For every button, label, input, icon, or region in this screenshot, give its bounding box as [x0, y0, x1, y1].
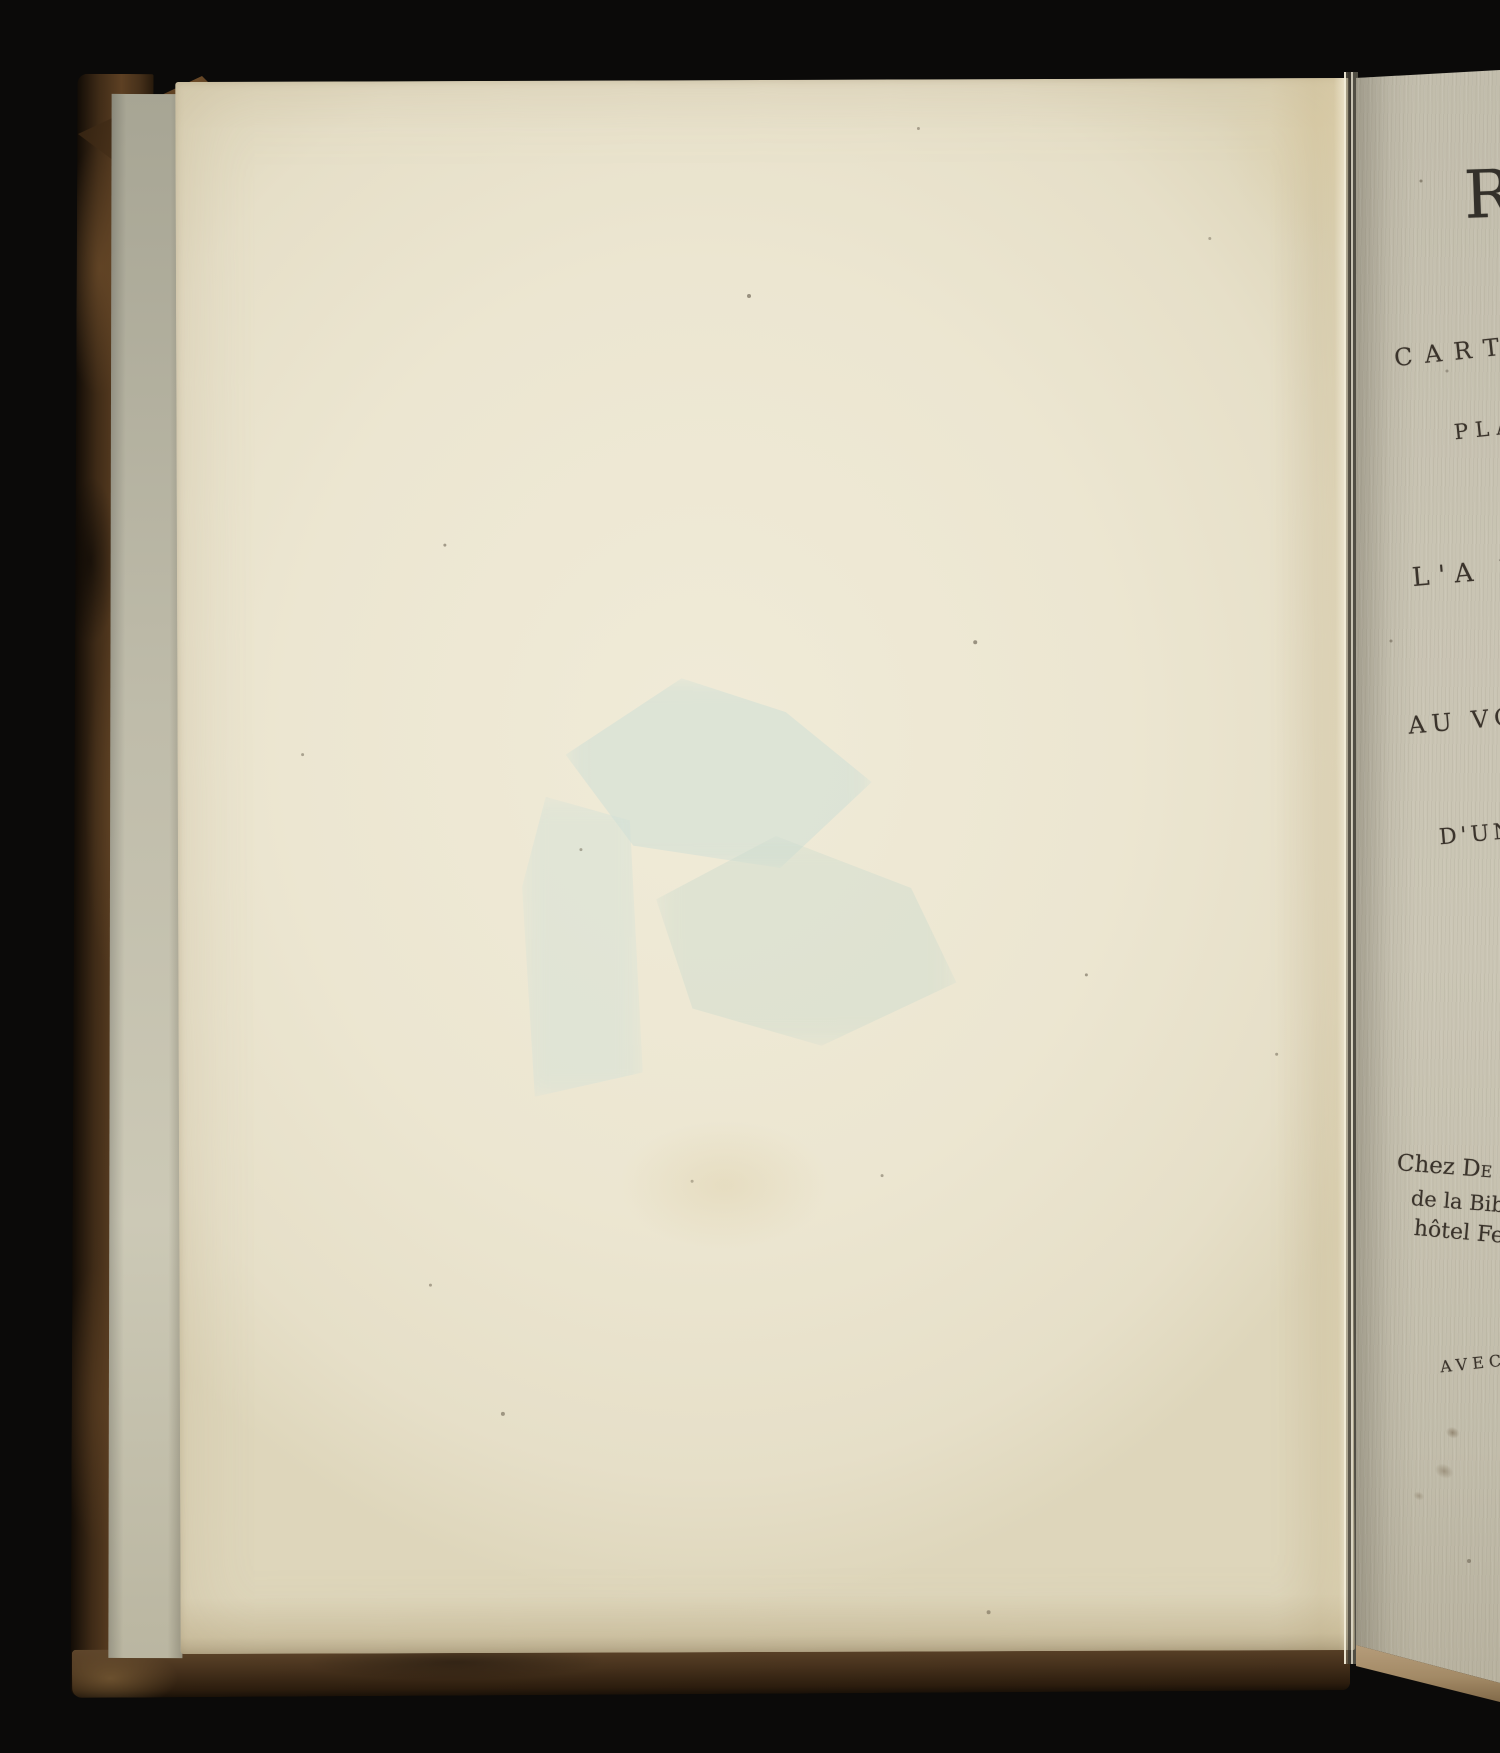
left-page-gutter-shading	[1271, 78, 1354, 1650]
book-photo-stage: R CART PLA L'A N AU VOY D'UN Chez De Bu …	[0, 0, 1500, 1753]
left-page-top-shading	[1189, 78, 1350, 299]
title-initial-letter: R	[1463, 155, 1500, 234]
paper-stain	[619, 1120, 829, 1251]
ink-showthrough	[656, 835, 957, 1046]
ink-showthrough	[522, 796, 643, 1096]
left-page-bottom-shading	[181, 1594, 1355, 1654]
page-gutter	[1344, 72, 1358, 1664]
title-page-edge: R CART PLA L'A N AU VOY D'UN Chez De Bu …	[1356, 70, 1500, 1692]
foxing-specks	[175, 82, 177, 84]
blank-verso-page	[175, 78, 1354, 1654]
imprint-chez-prefix: Chez	[1396, 1150, 1463, 1181]
endpaper-edge-strip	[108, 94, 185, 1658]
